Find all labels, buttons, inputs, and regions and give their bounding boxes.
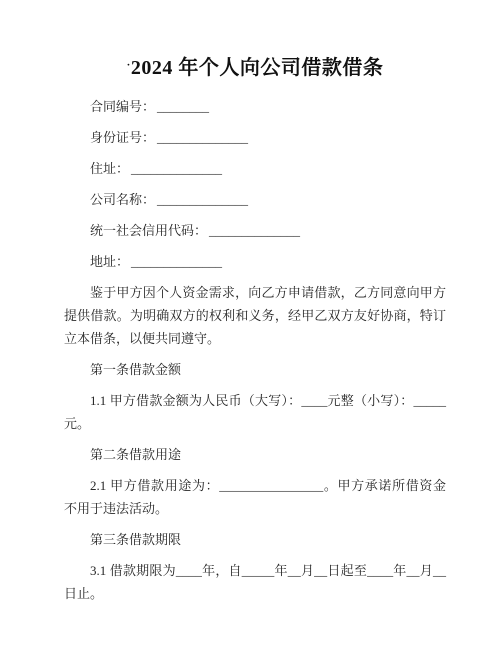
field-label-credit-code: 统一社会信用代码： — [90, 223, 209, 238]
field-blank-credit-code: ______________ — [209, 223, 300, 238]
clause-3-1-loan-term: 3.1 借款期限为____年，自_____年__月__日起至____年__月__… — [64, 559, 446, 605]
field-row-id-number: 身份证号：______________ — [64, 126, 446, 149]
field-label-contract-number: 合同编号： — [90, 99, 157, 114]
field-row-company-name: 公司名称：______________ — [64, 188, 446, 211]
field-label-residence-address: 住址： — [90, 161, 131, 176]
field-blank-company-address: ______________ — [131, 254, 222, 269]
clause-2-1-loan-purpose: 2.1 甲方借款用途为：________________。甲方承诺所借资金不用于… — [64, 474, 446, 520]
field-label-id-number: 身份证号： — [90, 130, 157, 145]
section-2-heading: 第二条借款用途 — [64, 443, 446, 466]
clause-1-1-loan-amount: 1.1 甲方借款金额为人民币（大写）：____元整（小写）：_____元。 — [64, 389, 446, 435]
document-page: ·2024 年个人向公司借款借条 合同编号：________ 身份证号：____… — [0, 0, 500, 647]
field-blank-id-number: ______________ — [157, 130, 248, 145]
field-row-contract-number: 合同编号：________ — [64, 95, 446, 118]
section-3-heading: 第三条借款期限 — [64, 528, 446, 551]
field-row-residence-address: 住址：______________ — [64, 157, 446, 180]
field-row-company-address: 地址：______________ — [64, 250, 446, 273]
field-label-company-name: 公司名称： — [90, 192, 157, 207]
field-label-company-address: 地址： — [90, 254, 131, 269]
document-title: ·2024 年个人向公司借款借条 — [64, 50, 446, 83]
preamble-paragraph: 鉴于甲方因个人资金需求，向乙方申请借款，乙方同意向甲方提供借款。为明确双方的权利… — [64, 281, 446, 350]
document-title-text: 2024 年个人向公司借款借条 — [131, 57, 384, 79]
field-blank-company-name: ______________ — [157, 192, 248, 207]
field-row-credit-code: 统一社会信用代码：______________ — [64, 219, 446, 242]
field-blank-residence-address: ______________ — [131, 161, 222, 176]
field-blank-contract-number: ________ — [157, 99, 209, 114]
section-1-heading: 第一条借款金额 — [64, 358, 446, 381]
